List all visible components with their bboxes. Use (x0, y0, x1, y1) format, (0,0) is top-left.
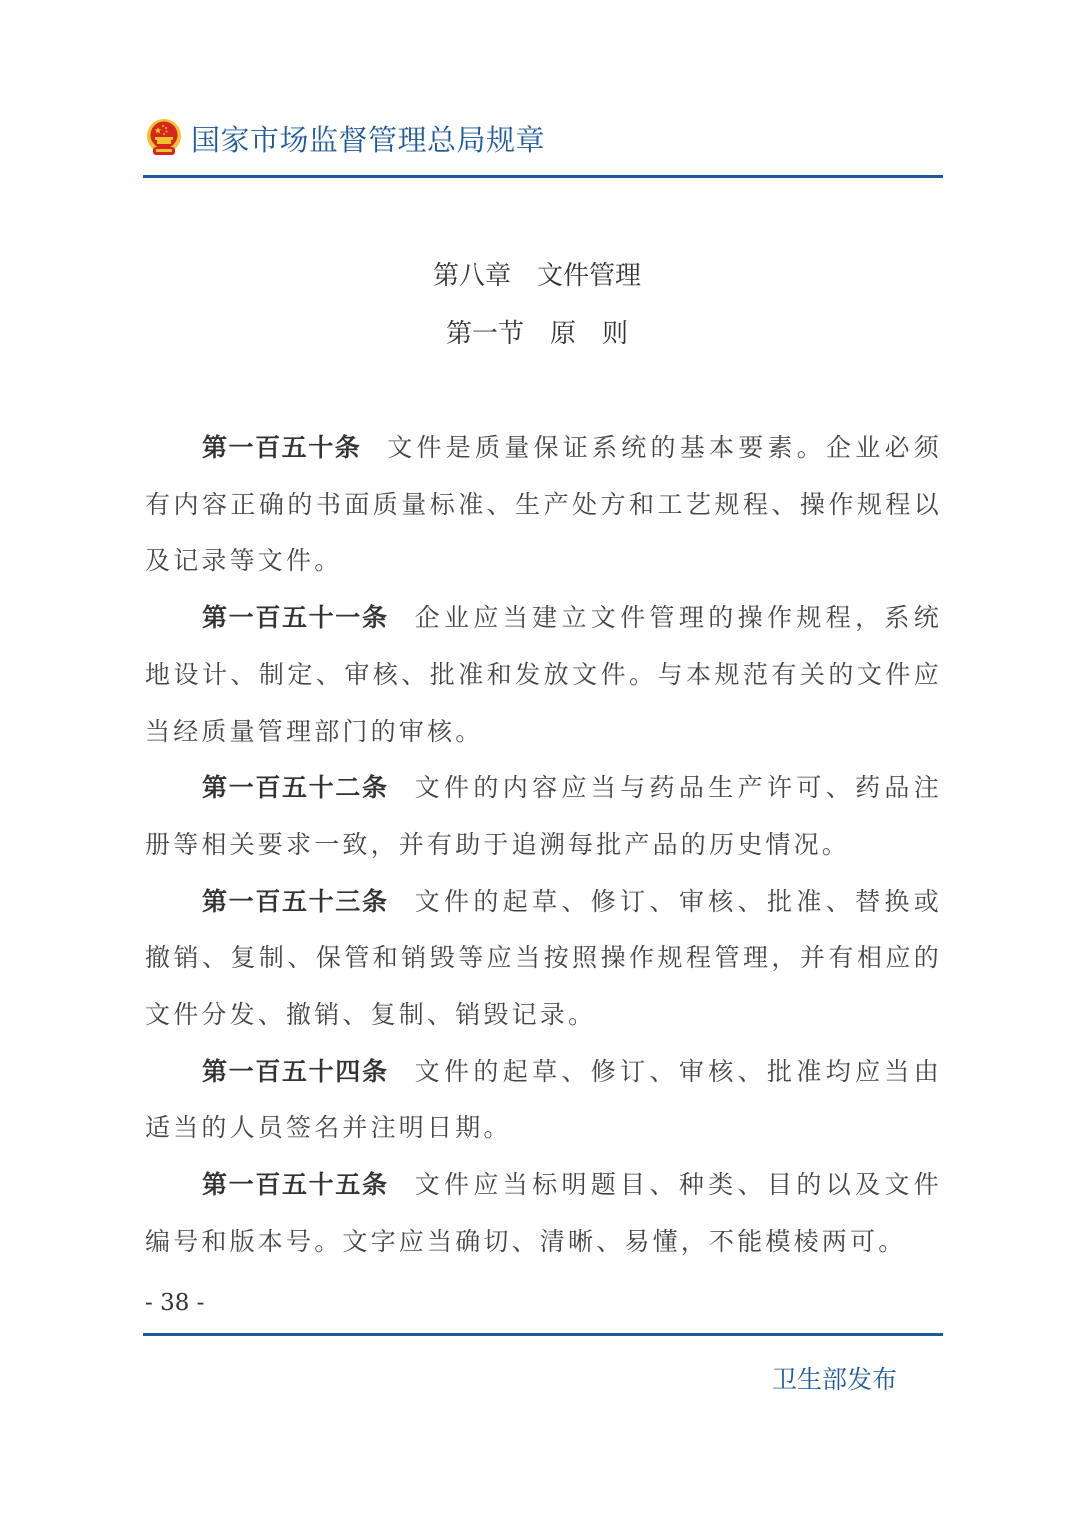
page-number: - 38 - (145, 1290, 204, 1316)
article-number: 第一百五十四条 (202, 1057, 389, 1086)
footer-divider (143, 1333, 943, 1336)
document-body: 第一百五十条文件是质量保证系统的基本要素。企业必须有内容正确的书面质量标准、生产… (145, 420, 942, 1271)
article-150: 第一百五十条文件是质量保证系统的基本要素。企业必须有内容正确的书面质量标准、生产… (145, 420, 942, 590)
national-emblem-icon (145, 118, 183, 158)
article-154: 第一百五十四条文件的起草、修订、审核、批准均应当由适当的人员签名并注明日期。 (145, 1044, 942, 1157)
article-152: 第一百五十二条文件的内容应当与药品生产许可、药品注册等相关要求一致，并有助于追溯… (145, 760, 942, 873)
article-number: 第一百五十一条 (202, 603, 389, 632)
document-header: 国家市场监督管理总局规章 (145, 116, 545, 160)
article-number: 第一百五十条 (202, 433, 361, 462)
chapter-title: 第八章 文件管理 (0, 255, 1074, 292)
header-title: 国家市场监督管理总局规章 (191, 118, 545, 159)
article-number: 第一百五十二条 (202, 773, 389, 802)
header-divider (143, 175, 943, 178)
article-number: 第一百五十五条 (202, 1170, 389, 1199)
section-title: 第一节 原 则 (0, 313, 1074, 350)
article-number: 第一百五十三条 (202, 887, 389, 916)
article-151: 第一百五十一条企业应当建立文件管理的操作规程，系统地设计、制定、审核、批准和发放… (145, 590, 942, 760)
publisher-label: 卫生部发布 (772, 1360, 897, 1396)
article-153: 第一百五十三条文件的起草、修订、审核、批准、替换或撤销、复制、保管和销毁等应当按… (145, 874, 942, 1044)
article-155: 第一百五十五条文件应当标明题目、种类、目的以及文件编号和版本号。文字应当确切、清… (145, 1157, 942, 1270)
